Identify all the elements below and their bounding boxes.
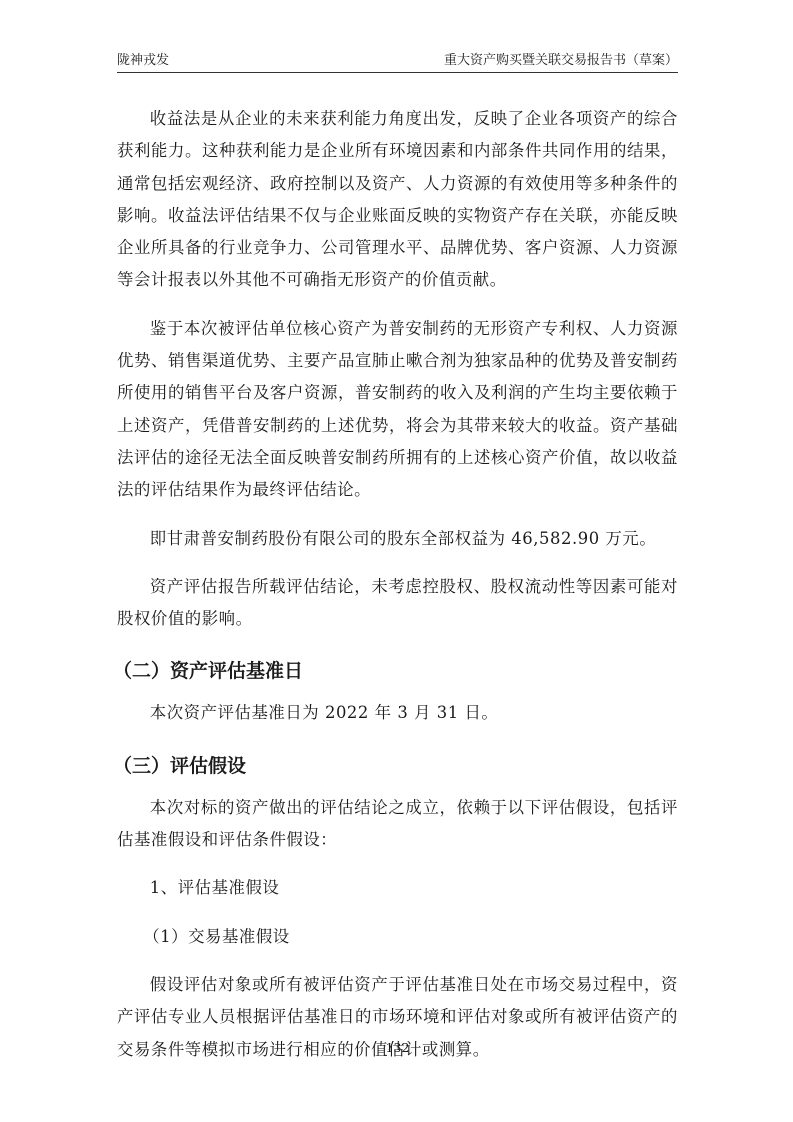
- paragraph-assumptions-intro: 本次对标的资产做出的评估结论之成立，依赖于以下评估假设，包括评估基准假设和评估条…: [117, 792, 678, 857]
- paragraph-equity-value: 即甘肃普安制药股份有限公司的股东全部权益为 46,582.90 万元。: [117, 523, 678, 555]
- list-item-basic-assumptions: 1、评估基准假设: [117, 872, 678, 904]
- paragraph-valuation-date: 本次资产评估基准日为 2022 年 3 月 31 日。: [117, 697, 678, 729]
- paragraph-core-assets: 鉴于本次被评估单位核心资产为普安制药的无形资产专利权、人力资源优势、销售渠道优势…: [117, 313, 678, 507]
- list-item-transaction-assumption: （1）交易基准假设: [117, 921, 678, 953]
- page-number: 132: [117, 1040, 678, 1055]
- section-heading-assumptions: （三）评估假设: [113, 750, 678, 782]
- section-heading-valuation-date: （二）资产评估基准日: [113, 655, 678, 687]
- paragraph-control-premium-note: 资产评估报告所载评估结论，未考虑控股权、股权流动性等因素可能对股权价值的影响。: [117, 571, 678, 636]
- header-company-name: 陇神戎发: [117, 51, 169, 71]
- paragraph-income-approach: 收益法是从企业的未来获利能力角度出发，反映了企业各项资产的综合获利能力。这种获利…: [117, 103, 678, 297]
- header-document-title: 重大资产购买暨关联交易报告书（草案）: [444, 51, 678, 71]
- page-header: 陇神戎发 重大资产购买暨关联交易报告书（草案）: [117, 50, 678, 73]
- document-body: 收益法是从企业的未来获利能力角度出发，反映了企业各项资产的综合获利能力。这种获利…: [117, 103, 678, 1066]
